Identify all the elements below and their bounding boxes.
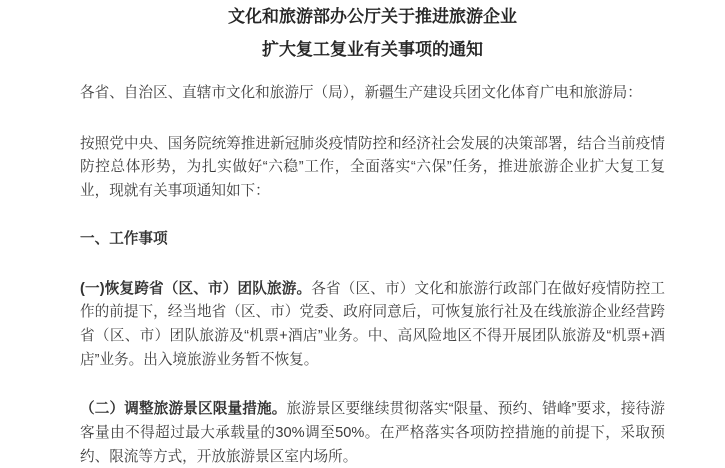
document-title: 文化和旅游部办公厅关于推进旅游企业 扩大复工复业有关事项的通知 bbox=[80, 0, 665, 66]
intro-paragraph: 按照党中央、国务院统筹推进新冠肺炎疫情防控和经济社会发展的决策部署，结合当前疫情… bbox=[80, 133, 665, 204]
document-title-line2: 扩大复工复业有关事项的通知 bbox=[80, 33, 665, 66]
item-paragraph-1: (一)恢复跨省（区、市）团队旅游。各省（区、市）文化和旅游行政部门在做好疫情防控… bbox=[80, 278, 665, 373]
item-2-lead: （二）调整旅游景区限量措施。 bbox=[80, 401, 286, 417]
item-1-lead: (一)恢复跨省（区、市）团队旅游。 bbox=[80, 281, 311, 297]
document-page: 文化和旅游部办公厅关于推进旅游企业 扩大复工复业有关事项的通知 各省、自治区、直… bbox=[0, 0, 725, 468]
item-paragraph-2: （二）调整旅游景区限量措施。旅游景区要继续贯彻落实“限量、预约、错峰”要求，接待… bbox=[80, 398, 665, 468]
section-heading: 一、工作事项 bbox=[80, 228, 665, 252]
document-content: 文化和旅游部办公厅关于推进旅游企业 扩大复工复业有关事项的通知 各省、自治区、直… bbox=[80, 0, 665, 468]
salutation: 各省、自治区、直辖市文化和旅游厅（局），新疆生产建设兵团文化体育广电和旅游局： bbox=[80, 82, 665, 106]
document-title-line1: 文化和旅游部办公厅关于推进旅游企业 bbox=[80, 0, 665, 33]
